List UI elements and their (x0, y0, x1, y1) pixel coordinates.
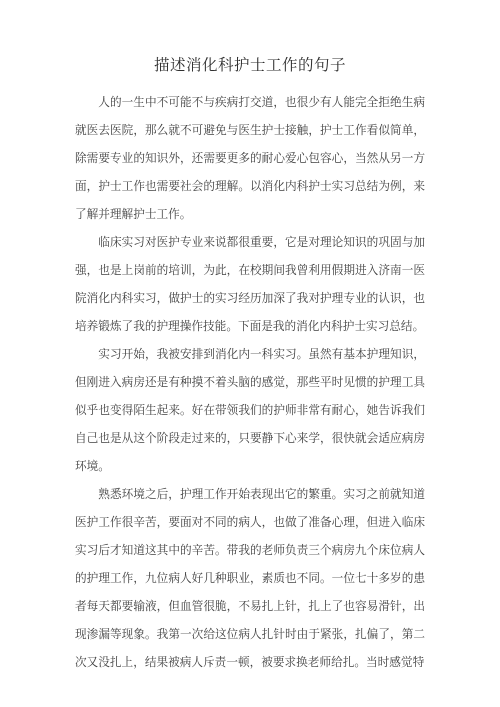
paragraph-3: 实习开始，我被安排到消化内一科实习。虽然有基本护理知识，但刚进入病房还是有种摸不… (75, 340, 425, 480)
document-page: 描述消化科护士工作的句子 人的一生中不可能不与疾病打交道，也很少有人能完全拒绝生… (0, 0, 500, 707)
paragraph-2: 临床实习对医护专业来说都很重要，它是对理论知识的巩固与加强，也是上岗前的培训，为… (75, 228, 425, 340)
document-body: 人的一生中不可能不与疾病打交道，也很少有人能完全拒绝生病就医去医院，那么就不可避… (75, 88, 425, 676)
paragraph-4: 熟悉环境之后，护理工作开始表现出它的繁重。实习之前就知道医护工作很辛苦，要面对不… (75, 480, 425, 676)
paragraph-1: 人的一生中不可能不与疾病打交道，也很少有人能完全拒绝生病就医去医院，那么就不可避… (75, 88, 425, 228)
document-title: 描述消化科护士工作的句子 (75, 50, 425, 80)
